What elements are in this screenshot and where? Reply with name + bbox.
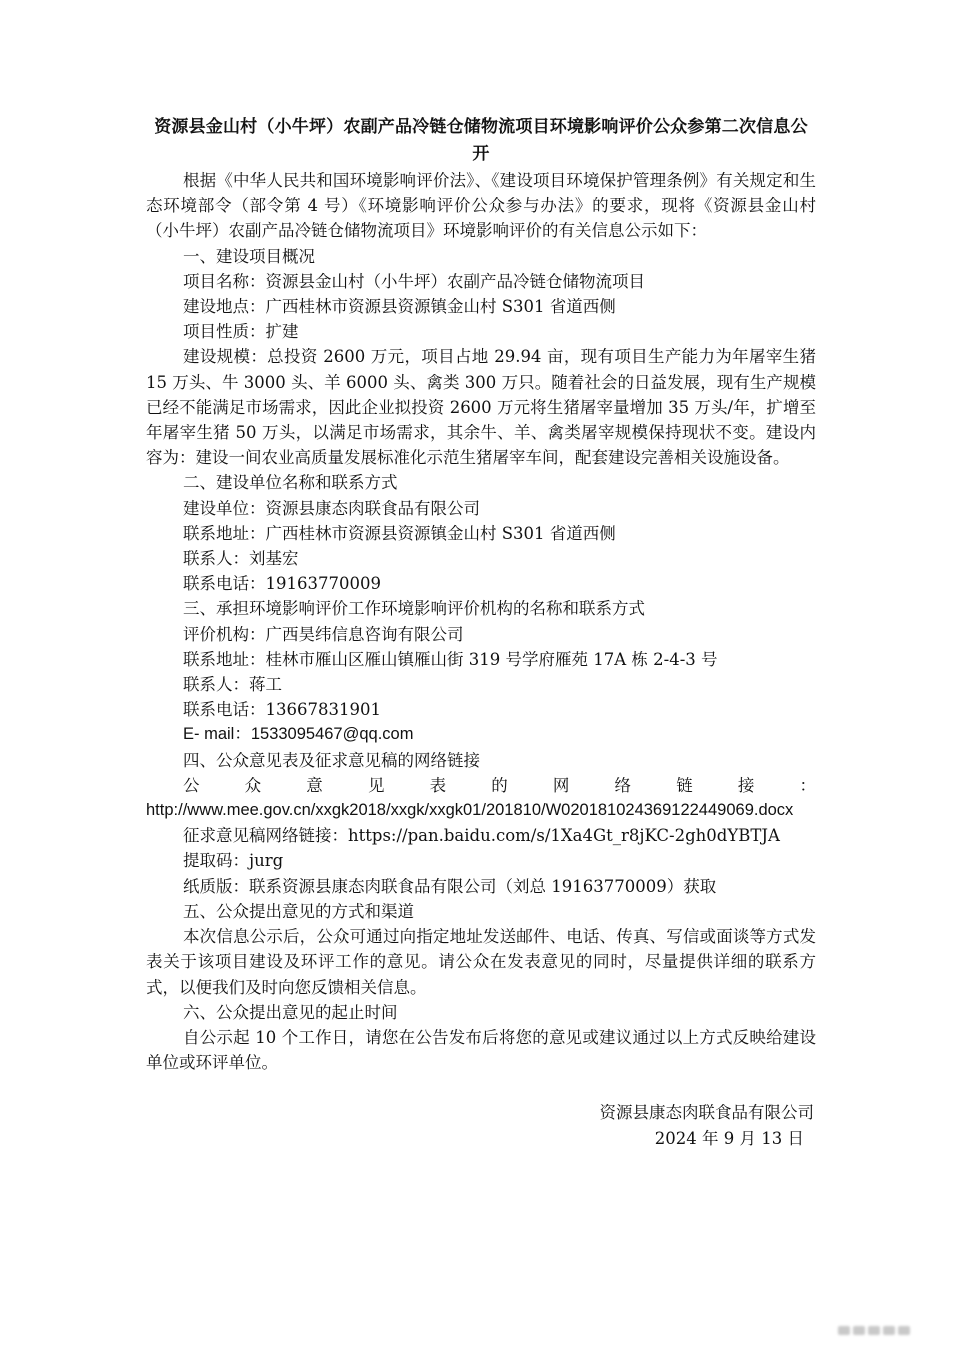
- signature-date: 2024 年 9 月 13 日: [146, 1126, 816, 1151]
- agency-contact: 联系人：蒋工: [146, 672, 816, 697]
- signature-company: 资源县康态肉联食品有限公司: [146, 1100, 816, 1125]
- watermark-mark-icon: [883, 1326, 895, 1335]
- project-scale: 建设规模：总投资 2600 万元，项目占地 29.94 亩，现有项目生产能力为年…: [146, 344, 816, 470]
- watermark-logo: [838, 1320, 930, 1342]
- paper-version: 纸质版：联系资源县康态肉联食品有限公司（刘总 19163770009）获取: [146, 874, 816, 899]
- agency-address: 联系地址：桂林市雁山区雁山镇雁山街 319 号学府雁苑 17A 栋 2-4-3 …: [146, 647, 816, 672]
- draft-link[interactable]: 征求意见稿网络链接：https://pan.baidu.com/s/1Xa4Gt…: [146, 823, 816, 848]
- watermark-mark-icon: [853, 1326, 865, 1335]
- document-page: 资源县金山村（小牛坪）农副产品冷链仓储物流项目环境影响评价公众参第二次信息公开 …: [146, 114, 816, 1151]
- watermark-mark-icon: [868, 1326, 880, 1335]
- section5-body: 本次信息公示后，公众可通过向指定地址发送邮件、电话、传真、写信或面谈等方式发表关…: [146, 924, 816, 1000]
- section4-heading: 四、公众意见表及征求意见稿的网络链接: [146, 748, 816, 773]
- intro-paragraph: 根据《中华人民共和国环境影响评价法》、《建设项目环境保护管理条例》有关规定和生态…: [146, 168, 816, 244]
- extract-code: 提取码：jurg: [146, 848, 816, 873]
- section5-heading: 五、公众提出意见的方式和渠道: [146, 899, 816, 924]
- agency-phone: 联系电话：13667831901: [146, 697, 816, 722]
- section3-heading: 三、承担环境影响评价工作环境影响评价机构的名称和联系方式: [146, 596, 816, 621]
- watermark-mark-icon: [838, 1326, 850, 1335]
- section2-heading: 二、建设单位名称和联系方式: [146, 470, 816, 495]
- project-name: 项目名称：资源县金山村（小牛坪）农副产品冷链仓储物流项目: [146, 269, 816, 294]
- builder-unit: 建设单位：资源县康态肉联食品有限公司: [146, 496, 816, 521]
- section1-heading: 一、建设项目概况: [146, 244, 816, 269]
- section6-body: 自公示起 10 个工作日，请您在公告发布后将您的意见或建议通过以上方式反映给建设…: [146, 1025, 816, 1075]
- form-link-url[interactable]: http://www.mee.gov.cn/xxgk2018/xxgk/xxgk…: [146, 798, 816, 823]
- project-nature: 项目性质：扩建: [146, 319, 816, 344]
- builder-contact: 联系人：刘基宏: [146, 546, 816, 571]
- agency-email: E- mail：1533095467@qq.com: [146, 722, 816, 747]
- watermark-mark-icon: [898, 1326, 910, 1335]
- builder-address: 联系地址：广西桂林市资源县资源镇金山村 S301 省道西侧: [146, 521, 816, 546]
- section6-heading: 六、公众提出意见的起止时间: [146, 1000, 816, 1025]
- form-link-label: 公众意见表的网络链接：: [146, 773, 816, 798]
- agency-name: 评价机构：广西昊纬信息咨询有限公司: [146, 622, 816, 647]
- document-title: 资源县金山村（小牛坪）农副产品冷链仓储物流项目环境影响评价公众参第二次信息公开: [146, 114, 816, 168]
- builder-phone: 联系电话：19163770009: [146, 571, 816, 596]
- project-location: 建设地点：广西桂林市资源县资源镇金山村 S301 省道西侧: [146, 294, 816, 319]
